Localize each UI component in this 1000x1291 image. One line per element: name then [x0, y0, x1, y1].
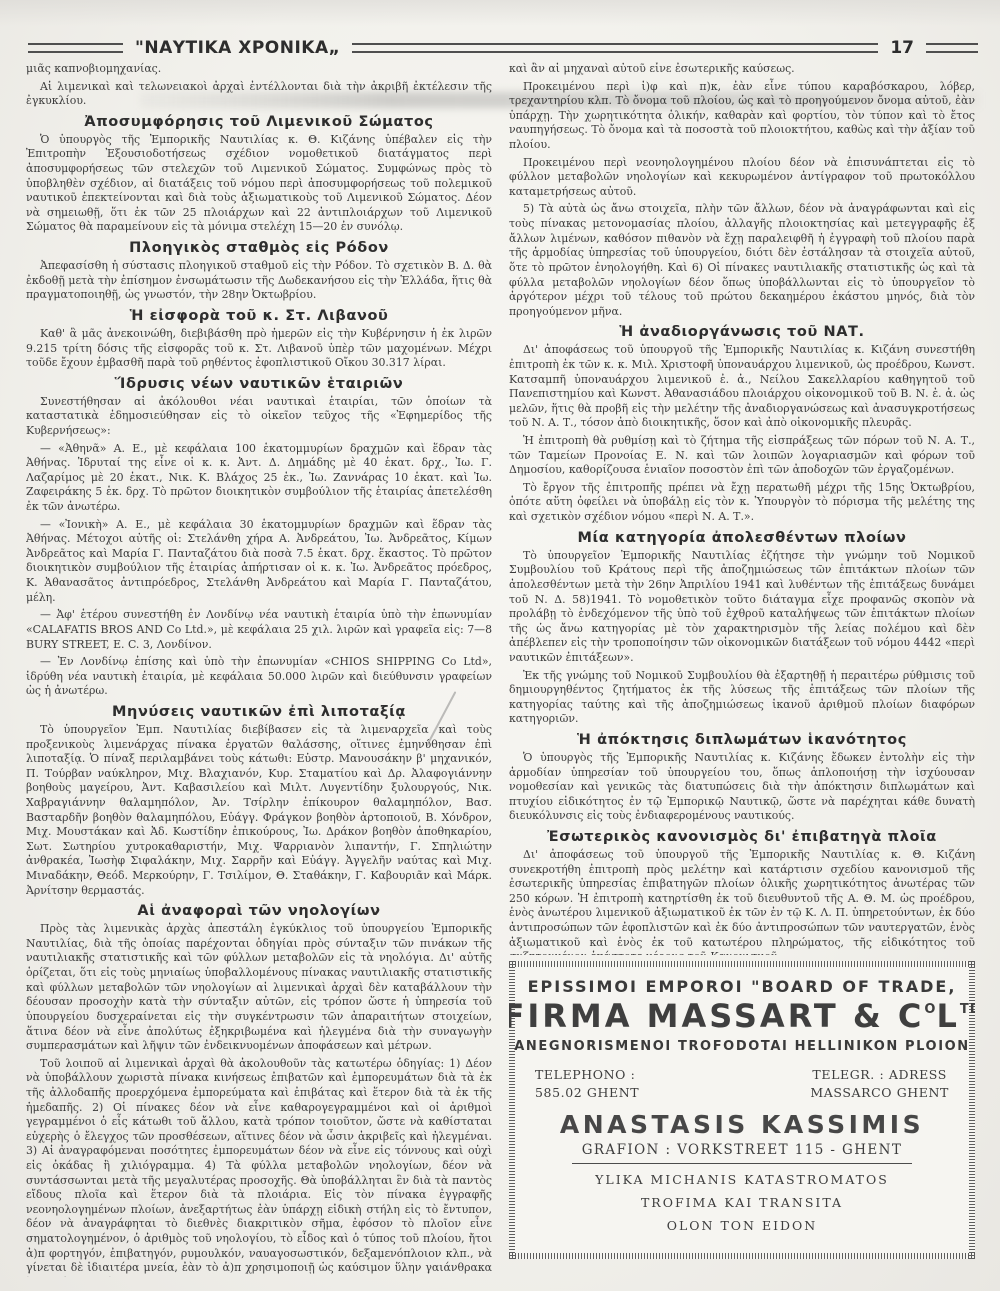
ad-headline: EPISSIMOI EMPOROI "BOARD OF TRADE,	[528, 977, 957, 996]
ad-telegraph-value: MASSARCO GHENT	[810, 1084, 949, 1102]
ad-firm-l: L	[936, 997, 959, 1035]
paragraph: — Ἀφ' ἑτέρου συνεστήθη ἐν Λονδίνῳ νέα να…	[26, 608, 492, 652]
paragraph: Αἱ λιμενικαὶ καὶ τελωνειακοὶ ἀρχαὶ ἐντέλ…	[26, 80, 492, 109]
ad-telephone: TELEPHONO : 585.02 GHENT	[535, 1066, 639, 1102]
ad-firm-l-sup: TD	[960, 1002, 975, 1017]
advertisement-box: EPISSIMOI EMPOROI "BOARD OF TRADE, FIRMA…	[509, 961, 975, 1259]
page-number: 17	[890, 38, 914, 58]
ad-firm-main: FIRMA MASSART	[509, 997, 839, 1035]
ad-service-line: OLON TON EIDON	[667, 1218, 817, 1233]
section-heading: Ἵδρυσις νέων ναυτικῶν ἑταιριῶν	[26, 376, 492, 392]
section-heading: Ἡ εἰσφορὰ τοῦ κ. Στ. Λιβανοῦ	[26, 308, 492, 324]
section-heading: Ἡ ἀπόκτησις διπλωμάτων ἱκανότητος	[509, 732, 975, 748]
masthead-rule-right	[926, 43, 978, 53]
paragraph: Ἀπεφασίσθη ἡ σύστασις πλοηγικοῦ σταθμοῦ …	[26, 259, 492, 303]
paragraph: Τὸ ὑπουργεῖον Ἐμπ. Ναυτιλίας διεβίβασεν …	[26, 723, 492, 898]
ad-subheadline: ANEGNORISMENOI TROFODOTAI HELLINIKON PLO…	[514, 1039, 970, 1054]
publication-title: "ΝΑΥΤΙΚΑ ΧΡΟΝΙΚΑ„	[135, 38, 340, 58]
paragraph: Ὁ ὑπουργὸς τῆς Ἐμπορικῆς Ναυτιλίας κ. Θ.…	[26, 133, 492, 235]
ad-person-name: ANASTASIS KASSIMIS	[560, 1110, 924, 1139]
masthead-rule-middle	[352, 43, 878, 53]
paragraph: Πρὸς τὰς λιμενικὰς ἀρχὰς ἀπεστάλη ἐγκύκλ…	[26, 922, 492, 1053]
column-right: καὶ ἂν αἱ μηχαναὶ αὐτοῦ εἶνε ἐσωτερικῆς …	[509, 62, 975, 1277]
ad-content: EPISSIMOI EMPOROI "BOARD OF TRADE, FIRMA…	[517, 969, 967, 1251]
ad-firm-name: FIRMA MASSART & COLTD	[509, 1000, 975, 1032]
ad-firm-c-sup: O	[924, 1002, 936, 1017]
paragraph: — Ἐν Λονδίνῳ ἐπίσης καὶ ὑπὸ τὴν ἐπωνυμία…	[26, 655, 492, 699]
article-columns: μιᾶς καπνοβιομηχανίας.Αἱ λιμενικαὶ καὶ τ…	[26, 62, 975, 1277]
section-heading: Μία κατηγορία ἀπολεσθέντων πλοίων	[509, 530, 975, 546]
column-right-text: καὶ ἂν αἱ μηχαναὶ αὐτοῦ εἶνε ἐσωτερικῆς …	[509, 62, 975, 955]
paragraph: 5) Τὰ αὐτὰ ὡς ἄνω στοιχεῖα, πλὴν τῶν ἄλλ…	[509, 202, 975, 319]
paragraph: Ἐκ τῆς γνώμης τοῦ Νομικοῦ Συμβουλίου θὰ …	[509, 669, 975, 727]
section-heading: Αἱ ἀναφοραὶ τῶν νηολογίων	[26, 903, 492, 919]
masthead-rule-left	[28, 43, 123, 53]
ad-contacts: TELEPHONO : 585.02 GHENT TELEGR. : ADRES…	[517, 1066, 967, 1102]
paragraph: Καθ' ἃ μᾶς ἀνεκοινώθη, διεβιβάσθη πρὸ ἡμ…	[26, 327, 492, 371]
section-heading: Πλοηγικὸς σταθμὸς εἰς Ρόδον	[26, 240, 492, 256]
masthead: "ΝΑΥΤΙΚΑ ΧΡΟΝΙΚΑ„ 17	[28, 38, 978, 58]
paragraph: — «Ἀθηνᾶ» Α. Ε., μὲ κεφάλαια 100 ἑκατομμ…	[26, 442, 492, 515]
ad-telephone-value: 585.02 GHENT	[535, 1084, 639, 1102]
paragraph: Δι' ἀποφάσεως τοῦ ὑπουργοῦ τῆς Ἐμπορικῆς…	[509, 343, 975, 431]
ad-firm-and: &	[839, 997, 898, 1035]
paragraph: Ὁ ὑπουργὸς τῆς Ἐμπορικῆς Ναυτιλίας κ. Κι…	[509, 751, 975, 824]
paragraph: Δι' ἀποφάσεως τοῦ ὑπουργοῦ τῆς Ἐμπορικῆς…	[509, 848, 975, 955]
paragraph: Τὸ ὑπουργεῖον Ἐμπορικῆς Ναυτιλίας ἐζήτησ…	[509, 549, 975, 666]
section-heading: Ἡ ἀναδιοργάνωσις τοῦ ΝΑΤ.	[509, 324, 975, 340]
ad-border-bottom	[509, 1253, 975, 1259]
ad-service-line: TROFIMA KAI TRANSITA	[641, 1195, 843, 1210]
paragraph: Τοῦ λοιποῦ αἱ λιμενικαὶ ἀρχαὶ θὰ ἀκολουθ…	[26, 1057, 492, 1277]
ad-telegraph-label: TELEGR. : ADRESS	[810, 1066, 949, 1084]
paragraph: Τὸ ἔργον τῆς ἐπιτροπῆς πρέπει νὰ ἔχῃ περ…	[509, 481, 975, 525]
title-open-quote: "	[135, 38, 144, 58]
section-heading: Ἀποσυμφόρησις τοῦ Λιμενικοῦ Σώματος	[26, 114, 492, 130]
column-left: μιᾶς καπνοβιομηχανίας.Αἱ λιμενικαὶ καὶ τ…	[26, 62, 492, 1277]
title-text: ΝΑΥΤΙΚΑ ΧΡΟΝΙΚΑ	[144, 38, 328, 58]
paragraph: Ἡ ἐπιτροπὴ θὰ ρυθμίσῃ καὶ τὸ ζήτημα τῆς …	[509, 434, 975, 478]
section-heading: Ἐσωτερικὸς κανονισμὸς δι' ἐπιβατηγὰ πλοῖ…	[509, 829, 975, 845]
ad-telephone-label: TELEPHONO :	[535, 1066, 639, 1084]
title-close-quote: „	[329, 38, 341, 58]
paragraph: — «Ἰονικὴ» Α. Ε., μὲ κεφάλαια 30 ἑκατομμ…	[26, 518, 492, 606]
newspaper-page: "ΝΑΥΤΙΚΑ ΧΡΟΝΙΚΑ„ 17 μιᾶς καπνοβιομηχανί…	[0, 0, 1000, 1291]
ad-border-top	[509, 961, 975, 967]
ad-telegraph: TELEGR. : ADRESS MASSARCO GHENT	[810, 1066, 949, 1102]
paragraph: καὶ ἂν αἱ μηχαναὶ αὐτοῦ εἶνε ἐσωτερικῆς …	[509, 62, 975, 77]
paragraph: Συνεστήθησαν αἱ ἀκόλουθοι νέαι ναυτικαὶ …	[26, 395, 492, 439]
paragraph: Προκειμένου περὶ νεονηολογημένου πλοίου …	[509, 156, 975, 200]
paragraph: Προκειμένου περὶ ἱ)φ καὶ π)κ, ἐὰν εἶνε τ…	[509, 80, 975, 153]
paragraph: μιᾶς καπνοβιομηχανίας.	[26, 62, 492, 77]
section-heading: Μηνύσεις ναυτικῶν ἐπὶ λιποταξίᾳ	[26, 704, 492, 720]
ad-office-address: GRAFION : VORKSTREET 115 - GHENT	[572, 1142, 913, 1164]
ad-firm-c: C	[898, 997, 924, 1035]
ad-service-line: YLIKA MICHANIS KATASTROMATOS	[595, 1172, 889, 1187]
